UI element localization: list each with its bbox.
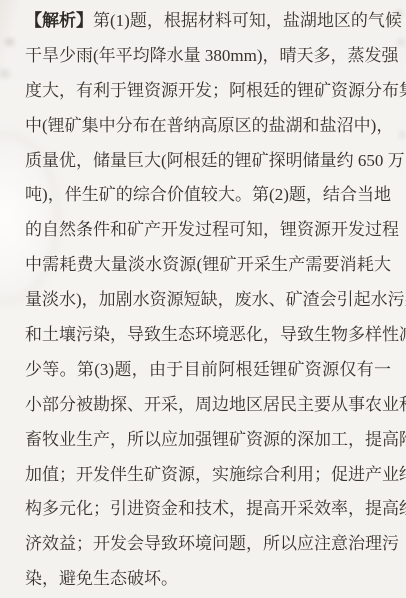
- text-line-11: 少等。第(3)题，由于目前阿根廷锂矿资源仅有一: [25, 353, 391, 388]
- document-page: 【解析】第(1)题，根据材料可知，盐湖地区的气候 干旱少雨(年平均降水量 380…: [0, 0, 406, 598]
- text-line-9: 量淡水)，加剧水资源短缺，废水、矿渣会引起水污染: [25, 283, 391, 318]
- text-line-12: 小部分被勘探、开采，周边地区居民主要从事农业和: [25, 388, 391, 423]
- text-line-6: 吨)，伴生矿的综合价值较大。第(2)题，结合当地: [25, 178, 391, 213]
- analysis-paragraph: 【解析】第(1)题，根据材料可知，盐湖地区的气候 干旱少雨(年平均降水量 380…: [25, 4, 391, 597]
- scan-smudge-top-left: [0, 28, 20, 98]
- text-line-1-body: 第(1)题，根据材料可知，盐湖地区的气候: [93, 11, 402, 30]
- text-line-15: 构多元化；引进资金和技术，提高开采效率，提高经: [25, 492, 391, 527]
- text-line-3: 度大，有利于锂资源开发；阿根廷的锂矿资源分布集: [25, 74, 391, 109]
- text-line-2: 干旱少雨(年平均降水量 380mm)，晴天多，蒸发强: [25, 39, 391, 74]
- text-line-13: 畜牧业生产，所以应加强锂矿资源的深加工，提高附: [25, 423, 391, 458]
- text-line-1: 【解析】第(1)题，根据材料可知，盐湖地区的气候: [25, 4, 391, 39]
- text-line-16: 济效益；开发会导致环境问题，所以应注意治理污: [25, 527, 391, 562]
- analysis-label: 【解析】: [25, 11, 93, 30]
- scan-smudge-right-mid: [395, 120, 406, 150]
- text-line-14: 加值；开发伴生矿资源，实施综合利用；促进产业结: [25, 458, 391, 493]
- text-line-10: 和土壤污染，导致生态环境恶化，导致生物多样性减: [25, 318, 391, 353]
- text-line-7: 的自然条件和矿产开发过程可知，锂资源开发过程: [25, 213, 391, 248]
- text-line-5: 质量优，储量巨大(阿根廷的锂矿探明储量约 650 万: [25, 144, 391, 179]
- text-line-4: 中(锂矿集中分布在普纳高原区的盐湖和盐沼中)，: [25, 109, 391, 144]
- text-line-8: 中需耗费大量淡水资源(锂矿开采生产需要消耗大: [25, 248, 391, 283]
- text-line-17: 染，避免生态破坏。: [25, 562, 391, 597]
